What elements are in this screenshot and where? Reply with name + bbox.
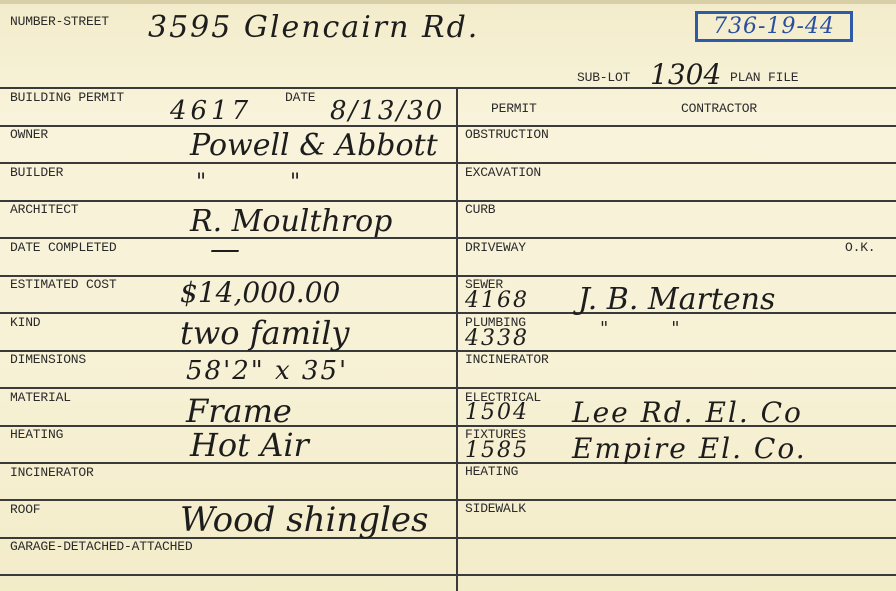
date-completed-value: —	[210, 232, 240, 267]
electrical-permit: 1504	[465, 400, 529, 425]
column-divider	[456, 87, 458, 591]
field-label-heating: HEATING	[10, 427, 63, 442]
sewer-permit: 4168	[465, 288, 529, 313]
field-label-sidewalk: SIDEWALK	[465, 501, 526, 516]
plumbing-permit: 4338	[465, 326, 529, 351]
date-label: DATE	[285, 90, 315, 105]
field-label-estimated-cost: ESTIMATED COST	[10, 277, 116, 292]
electrical-contractor: Lee Rd. El. Co	[572, 396, 803, 429]
plan-file-label: PLAN FILE	[730, 70, 798, 85]
row-divider	[0, 499, 896, 501]
building-permit-value: 4617	[170, 96, 252, 126]
fixtures-permit: 1585	[465, 438, 529, 463]
builder-value: " "	[196, 170, 300, 195]
row-divider	[0, 237, 896, 239]
field-label-building-permit: BUILDING PERMIT	[10, 90, 124, 105]
date-value: 8/13/30	[330, 96, 444, 126]
row-divider	[0, 275, 896, 277]
row-divider	[0, 387, 896, 389]
kind-value: two family	[180, 314, 350, 352]
field-label-curb: CURB	[465, 202, 495, 217]
material-value: Frame	[186, 392, 292, 430]
field-label-driveway: DRIVEWAY	[465, 240, 526, 255]
row-divider	[0, 125, 896, 127]
field-label-incinerator: INCINERATOR	[10, 465, 94, 480]
field-label-excavation: EXCAVATION	[465, 165, 541, 180]
contractor-column-header: CONTRACTOR	[681, 101, 757, 116]
number-street-value: 3595 Glencairn Rd.	[148, 10, 479, 45]
plumbing-contractor: " "	[600, 318, 680, 339]
row-divider	[0, 574, 896, 576]
roof-value: Wood shingles	[180, 500, 428, 540]
field-label-obstruction: OBSTRUCTION	[465, 127, 549, 142]
row-divider	[0, 162, 896, 164]
field-label-kind: KIND	[10, 315, 40, 330]
permit-card: 736-19-44 NUMBER-STREET 3595 Glencairn R…	[0, 0, 896, 591]
field-label-builder: BUILDER	[10, 165, 63, 180]
sub-lot-label: SUB-LOT	[577, 70, 630, 85]
field-label-roof: ROOF	[10, 502, 40, 517]
field-label-owner: OWNER	[10, 127, 48, 142]
row-divider	[0, 87, 896, 89]
row-divider	[0, 350, 896, 352]
row-divider	[0, 200, 896, 202]
estimated-cost-value: $14,000.00	[180, 276, 340, 309]
driveway-note: O.K.	[845, 240, 875, 255]
field-label-architect: ARCHITECT	[10, 202, 78, 217]
sewer-contractor: J. B. Martens	[578, 282, 775, 317]
fixtures-contractor: Empire El. Co.	[572, 432, 807, 465]
number-street-label: NUMBER-STREET	[10, 14, 109, 29]
file-number-stamp: 736-19-44	[695, 11, 853, 42]
field-label-date-completed: DATE COMPLETED	[10, 240, 116, 255]
field-label-heating-permit: HEATING	[465, 464, 518, 479]
heating-value: Hot Air	[190, 426, 309, 464]
field-label-dimensions: DIMENSIONS	[10, 352, 86, 367]
field-label-garage: GARAGE-DETACHED-ATTACHED	[10, 539, 192, 554]
field-label-material: MATERIAL	[10, 390, 71, 405]
dimensions-value: 58'2" x 35'	[186, 356, 348, 386]
owner-value: Powell & Abbott	[190, 128, 438, 163]
field-label-incinerator-permit: INCINERATOR	[465, 352, 549, 367]
permit-column-header: PERMIT	[491, 101, 537, 116]
